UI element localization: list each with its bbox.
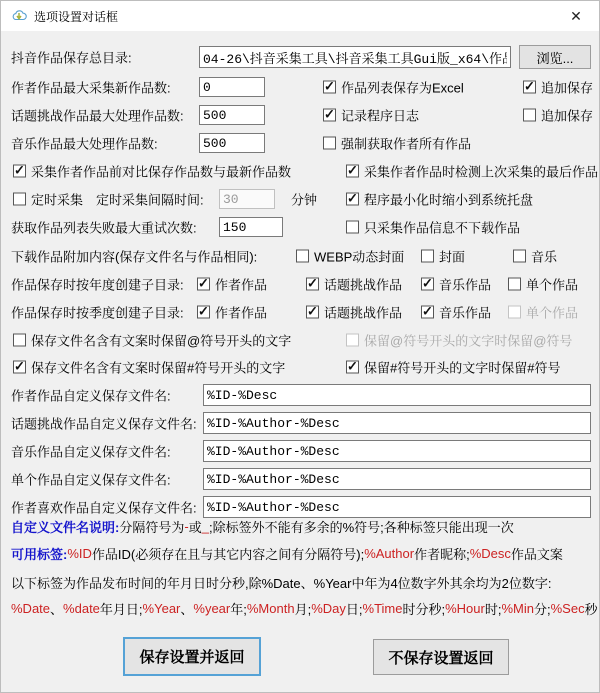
- checkbox-timed-capture[interactable]: 定时采集: [13, 190, 83, 209]
- checkbox-box: [323, 81, 336, 94]
- checkbox-detect-last-id[interactable]: 采集作者作品时检测上次采集的最后作品ID: [346, 162, 600, 181]
- checkbox-label: 话题挑战作品: [324, 303, 402, 322]
- checkbox-box: [346, 334, 359, 347]
- checkbox-label: 作品列表保存为Excel: [341, 78, 464, 97]
- row-extras: 下载作品附加内容(保存文件名与作品相同): WEBP动态封面 封面 音乐: [1, 244, 599, 268]
- hint-filename-rule: 自定义文件名说明: 分隔符号为-或_;除标签外不能有多余的%符号;各种标签只能出…: [11, 516, 514, 536]
- checkbox-label: 保存文件名含有文案时保留@符号开头的文字: [31, 331, 291, 350]
- checkbox-label: 音乐: [531, 247, 557, 266]
- topic-max-label: 话题挑战作品最大处理作品数:: [11, 106, 184, 125]
- year-subdirs-label: 作品保存时按年度创建子目录:: [11, 275, 184, 294]
- checkbox-label: WEBP动态封面: [314, 247, 404, 266]
- author-max-input[interactable]: [199, 77, 265, 97]
- checkbox-quarter-topic[interactable]: 话题挑战作品: [306, 303, 402, 322]
- filename-topic-input[interactable]: [203, 412, 591, 434]
- checkbox-compare-counts[interactable]: 采集作者作品前对比保存作品数与最新作品数: [13, 162, 291, 181]
- row-save-dir: 抖音作品保存总目录: 浏览...: [1, 45, 599, 69]
- checkbox-box: [323, 109, 336, 122]
- checkbox-cover[interactable]: 封面: [421, 247, 465, 266]
- checkbox-force-all-works[interactable]: 强制获取作者所有作品: [323, 134, 471, 153]
- save-and-return-button[interactable]: 保存设置并返回: [123, 637, 261, 676]
- checkbox-label: 单个作品: [526, 303, 578, 322]
- music-max-input[interactable]: [199, 133, 265, 153]
- checkbox-box: [346, 165, 359, 178]
- checkbox-keep-hash-symbol[interactable]: 保留#符号开头的文字时保留#符号: [346, 358, 560, 377]
- row-quarter-subdirs: 作品保存时按季度创建子目录: 作者作品 话题挑战作品 音乐作品 单个作品: [1, 300, 599, 324]
- checkbox-keep-hash-text[interactable]: 保存文件名含有文案时保留#符号开头的文字: [13, 358, 285, 377]
- checkbox-quarter-author[interactable]: 作者作品: [197, 303, 267, 322]
- checkbox-music-file[interactable]: 音乐: [513, 247, 557, 266]
- hint-time-description: 以下标签为作品发布时间的年月日时分秒,除%Date、%Year中年为4位数字外其…: [11, 572, 552, 592]
- checkbox-box: [197, 278, 210, 291]
- checkbox-label: 定时采集: [31, 190, 83, 209]
- browse-button[interactable]: 浏览...: [519, 45, 591, 69]
- checkbox-label: 作者作品: [215, 303, 267, 322]
- checkbox-excel-append[interactable]: 追加保存: [523, 78, 593, 97]
- checkbox-box: [421, 278, 434, 291]
- window-title: 选项设置对话框: [34, 8, 118, 25]
- checkbox-label: 封面: [439, 247, 465, 266]
- title-bar: 选项设置对话框 ✕: [1, 1, 599, 31]
- music-max-label: 音乐作品最大处理作品数:: [11, 134, 158, 153]
- checkbox-box: [13, 165, 26, 178]
- filename-music-label: 音乐作品自定义保存文件名:: [11, 442, 171, 461]
- checkbox-box: [296, 250, 309, 263]
- checkbox-box: [508, 278, 521, 291]
- checkbox-year-music[interactable]: 音乐作品: [421, 275, 491, 294]
- options-dialog: 选项设置对话框 ✕ 抖音作品保存总目录: 浏览... 作者作品最大采集新作品数:…: [0, 0, 600, 693]
- author-max-label: 作者作品最大采集新作品数:: [11, 78, 171, 97]
- checkbox-box: [346, 221, 359, 234]
- row-filename-author: 作者作品自定义保存文件名:: [1, 383, 599, 407]
- row-keep-hash: 保存文件名含有文案时保留#符号开头的文字 保留#符号开头的文字时保留#符号: [1, 355, 599, 379]
- interval-unit-label: 分钟: [291, 190, 317, 209]
- checkbox-box: [346, 361, 359, 374]
- checkbox-log[interactable]: 记录程序日志: [323, 106, 419, 125]
- interval-label: 定时采集间隔时间:: [96, 190, 204, 209]
- interval-input[interactable]: [219, 189, 275, 209]
- checkbox-box: [306, 278, 319, 291]
- filename-topic-label: 话题挑战作品自定义保存文件名:: [11, 414, 197, 433]
- checkbox-label: 音乐作品: [439, 303, 491, 322]
- checkbox-log-append[interactable]: 追加保存: [523, 106, 593, 125]
- filename-author-input[interactable]: [203, 384, 591, 406]
- hint-time-tags: %Date、%date年月日;%Year、%year年;%Month月;%Day…: [11, 598, 598, 618]
- checkbox-box: [523, 109, 536, 122]
- checkbox-box: [421, 250, 434, 263]
- checkbox-box: [306, 306, 319, 319]
- row-filename-single: 单个作品自定义保存文件名:: [1, 467, 599, 491]
- checkbox-label: 强制获取作者所有作品: [341, 134, 471, 153]
- row-filename-topic: 话题挑战作品自定义保存文件名:: [1, 411, 599, 435]
- row-keep-at: 保存文件名含有文案时保留@符号开头的文字 保留@符号开头的文字时保留@符号: [1, 328, 599, 352]
- filename-single-label: 单个作品自定义保存文件名:: [11, 470, 171, 489]
- checkbox-label: 保留@符号开头的文字时保留@符号: [364, 331, 572, 350]
- extras-label: 下载作品附加内容(保存文件名与作品相同):: [11, 247, 257, 266]
- checkbox-box: [13, 193, 26, 206]
- checkbox-webp-cover[interactable]: WEBP动态封面: [296, 247, 404, 266]
- close-icon: ✕: [570, 8, 582, 25]
- checkbox-box: [323, 137, 336, 150]
- checkbox-label: 程序最小化时缩小到系统托盘: [364, 190, 533, 209]
- hint-available-tags: 可用标签: %ID作品ID(必须存在且与其它内容之间有分隔符号);%Author…: [11, 543, 563, 563]
- row-filename-music: 音乐作品自定义保存文件名:: [1, 439, 599, 463]
- checkbox-box: [13, 334, 26, 347]
- row-retry: 获取作品列表失败最大重试次数: 只采集作品信息不下载作品: [1, 215, 599, 239]
- row-timer: 定时采集 定时采集间隔时间: 分钟 程序最小化时缩小到系统托盘: [1, 187, 599, 211]
- filename-liked-label: 作者喜欢作品自定义保存文件名:: [11, 498, 197, 517]
- checkbox-label: 话题挑战作品: [324, 275, 402, 294]
- retry-label: 获取作品列表失败最大重试次数:: [11, 218, 197, 237]
- row-compare-detect: 采集作者作品前对比保存作品数与最新作品数 采集作者作品时检测上次采集的最后作品I…: [1, 159, 599, 183]
- checkbox-keep-at-symbol: 保留@符号开头的文字时保留@符号: [346, 331, 572, 350]
- save-dir-input[interactable]: [199, 46, 511, 68]
- checkbox-box: [513, 250, 526, 263]
- quarter-subdirs-label: 作品保存时按季度创建子目录:: [11, 303, 184, 322]
- checkbox-excel-export[interactable]: 作品列表保存为Excel: [323, 78, 464, 97]
- checkbox-keep-at-text[interactable]: 保存文件名含有文案时保留@符号开头的文字: [13, 331, 291, 350]
- checkbox-box: [346, 193, 359, 206]
- checkbox-year-topic[interactable]: 话题挑战作品: [306, 275, 402, 294]
- checkbox-label: 采集作者作品前对比保存作品数与最新作品数: [31, 162, 291, 181]
- checkbox-box: [197, 306, 210, 319]
- cancel-and-return-button[interactable]: 不保存设置返回: [373, 639, 509, 675]
- retry-input[interactable]: [219, 217, 283, 237]
- checkbox-box: [421, 306, 434, 319]
- checkbox-label: 作者作品: [215, 275, 267, 294]
- cloud-download-icon: [11, 8, 27, 24]
- checkbox-label: 只采集作品信息不下载作品: [364, 218, 520, 237]
- row-author-max: 作者作品最大采集新作品数: 作品列表保存为Excel 追加保存: [1, 75, 599, 99]
- checkbox-label: 追加保存: [541, 106, 593, 125]
- checkbox-label: 单个作品: [526, 275, 578, 294]
- topic-max-input[interactable]: [199, 105, 265, 125]
- checkbox-box: [508, 306, 521, 319]
- checkbox-label: 采集作者作品时检测上次采集的最后作品ID: [364, 162, 600, 181]
- checkbox-quarter-single: 单个作品: [508, 303, 578, 322]
- checkbox-box: [13, 361, 26, 374]
- checkbox-label: 音乐作品: [439, 275, 491, 294]
- row-music-max: 音乐作品最大处理作品数: 强制获取作者所有作品: [1, 131, 599, 155]
- checkbox-info-only[interactable]: 只采集作品信息不下载作品: [346, 218, 520, 237]
- close-button[interactable]: ✕: [553, 1, 599, 31]
- filename-author-label: 作者作品自定义保存文件名:: [11, 386, 171, 405]
- row-topic-max: 话题挑战作品最大处理作品数: 记录程序日志 追加保存: [1, 103, 599, 127]
- checkbox-label: 保留#符号开头的文字时保留#符号: [364, 358, 560, 377]
- filename-liked-input[interactable]: [203, 496, 591, 518]
- filename-music-input[interactable]: [203, 440, 591, 462]
- checkbox-label: 保存文件名含有文案时保留#符号开头的文字: [31, 358, 285, 377]
- filename-single-input[interactable]: [203, 468, 591, 490]
- checkbox-year-single[interactable]: 单个作品: [508, 275, 578, 294]
- checkbox-label: 记录程序日志: [341, 106, 419, 125]
- checkbox-box: [523, 81, 536, 94]
- row-year-subdirs: 作品保存时按年度创建子目录: 作者作品 话题挑战作品 音乐作品 单个作品: [1, 272, 599, 296]
- checkbox-year-author[interactable]: 作者作品: [197, 275, 267, 294]
- checkbox-quarter-music[interactable]: 音乐作品: [421, 303, 491, 322]
- save-dir-label: 抖音作品保存总目录:: [11, 48, 132, 67]
- checkbox-label: 追加保存: [541, 78, 593, 97]
- checkbox-minimize-to-tray[interactable]: 程序最小化时缩小到系统托盘: [346, 190, 533, 209]
